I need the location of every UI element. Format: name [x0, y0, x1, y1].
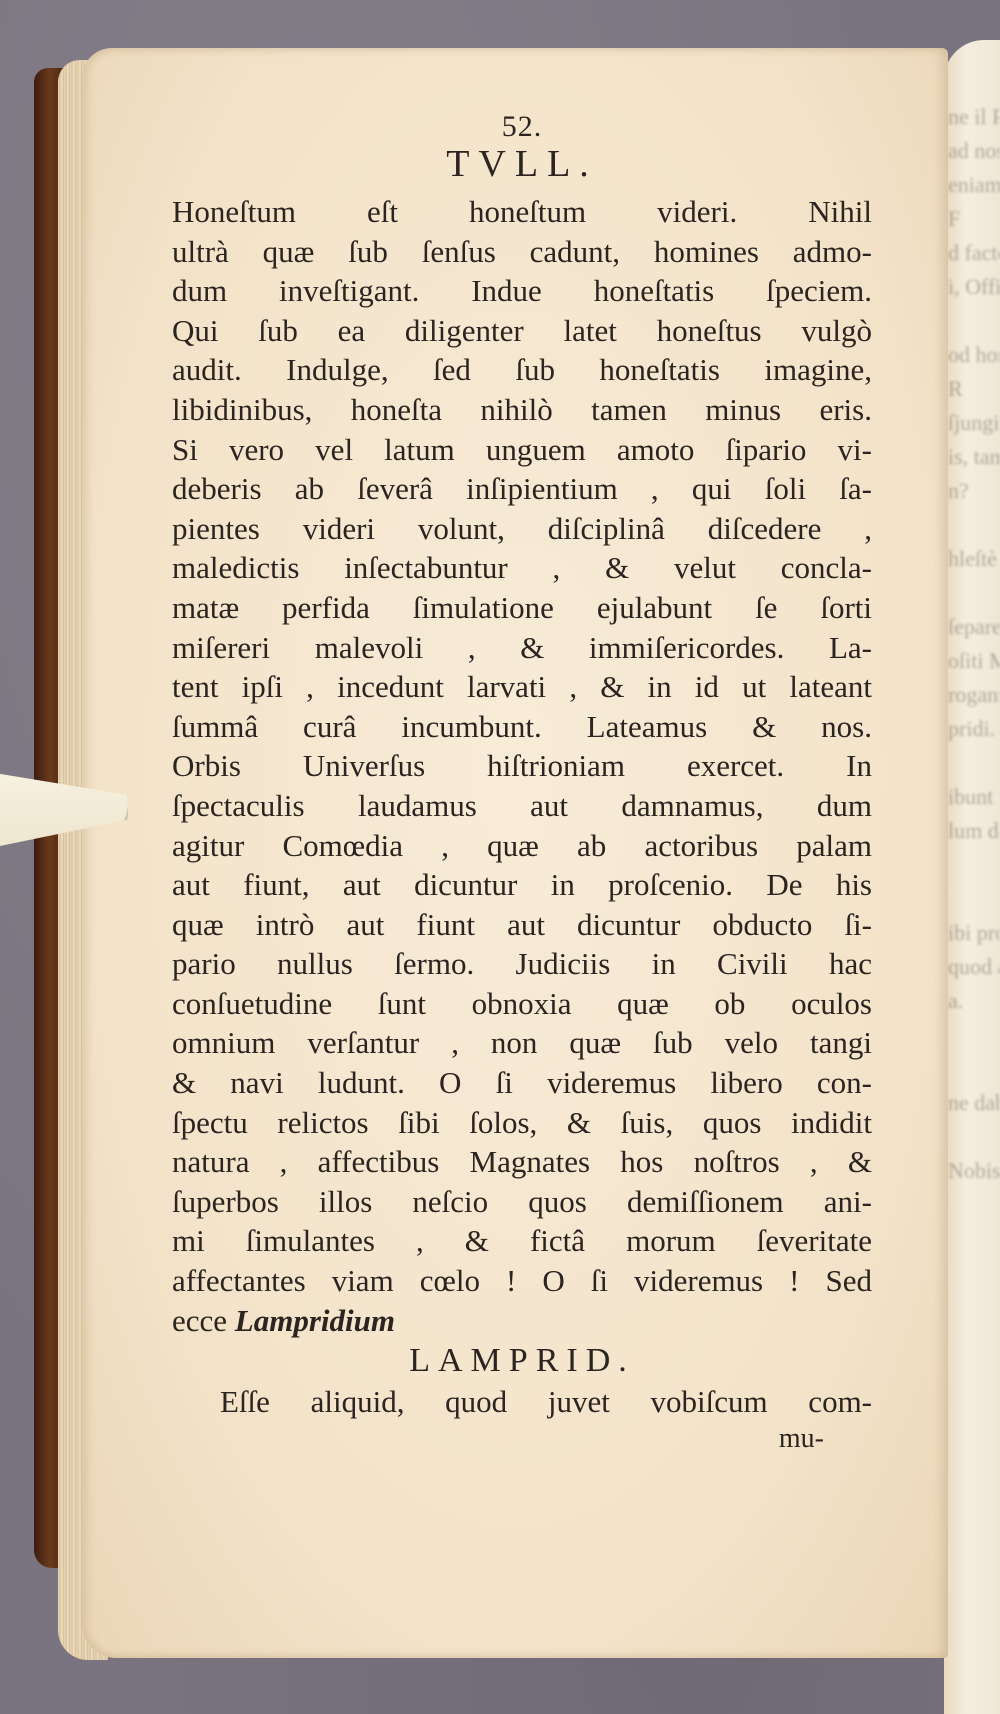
facing-text-fragment: d facto c [948, 236, 1000, 270]
facing-text-fragment: ibunt v [948, 780, 1000, 814]
italic-name-lampridium: Lampridium [235, 1303, 395, 1338]
facing-text-fragment: ne dabo, [948, 1086, 1000, 1120]
facing-text-fragment: ne il Proed [948, 100, 1000, 134]
facing-text-fragment: n? [948, 474, 1000, 508]
facing-text-fragment [948, 882, 1000, 916]
running-head: TVLL. [172, 142, 872, 186]
facing-text-fragment: hleſtè hab [948, 542, 1000, 576]
text-line: natura , affectibus Magnates hos noſtros… [172, 1142, 872, 1182]
text-line: maledictis inſectabuntur , & velut concl… [172, 548, 872, 588]
facing-text-fragment [948, 508, 1000, 542]
facing-text-fragment [948, 746, 1000, 780]
facing-text-fragment: pridi. [948, 712, 1000, 746]
text-line: deberis ab ſeverâ inſipientium , qui ſol… [172, 469, 872, 509]
text-line: Orbis Univerſus hiſtrioniam exercet. In [172, 746, 872, 786]
facing-text-fragment [948, 304, 1000, 338]
text-line: omnium verſantur , non quæ ſub velo tang… [172, 1023, 872, 1063]
text-line: & navi ludunt. O ſi videremus libero con… [172, 1063, 872, 1103]
facing-text-fragment: quod au [948, 950, 1000, 984]
text-line: audit. Indulge, ſed ſub honeſtatis imagi… [172, 350, 872, 390]
text-line: tent ipſi , incedunt larvati , & in id u… [172, 667, 872, 707]
facing-text-fragment: rogant ir [948, 678, 1000, 712]
text-line: Si vero vel latum unguem amoto ſipario v… [172, 430, 872, 470]
text-line-ecce: ecce Lampridium [172, 1301, 872, 1341]
text-ecce: ecce [172, 1303, 235, 1338]
facing-text-fragment: F [948, 202, 1000, 236]
text-line: pario nullus ſermo. Judiciis in Civili h… [172, 944, 872, 984]
text-line: dum inveſtigant. Indue honeſtatis ſpecie… [172, 271, 872, 311]
text-line: Honeſtum eſt honeſtum videri. Nihil [172, 192, 872, 232]
text-line: ſpectaculis laudamus aut damnamus, dum [172, 786, 872, 826]
catchword: mu- [172, 1422, 872, 1456]
text-line: quæ intrò aut fiunt aut dicuntur obducto… [172, 905, 872, 945]
text-line: Qui ſub ea diligenter latet honeſtus vul… [172, 311, 872, 351]
facing-text-fragment: is, tam [948, 440, 1000, 474]
section-heading: LAMPRID. [172, 1340, 872, 1382]
text-line: affectantes viam cœlo ! O ſi videremus !… [172, 1261, 872, 1301]
facing-text-fragment: oſiti Ma [948, 644, 1000, 678]
facing-text-fragment: a. [948, 984, 1000, 1018]
body-text: Honeſtum eſt honeſtum videri. Nihilultrà… [172, 192, 872, 1301]
text-line: mi ſimulantes , & fictâ morum ſeveritate [172, 1221, 872, 1261]
facing-text-fragment: od hone [948, 338, 1000, 372]
text-line: libidinibus, honeſta nihilò tamen minus … [172, 390, 872, 430]
text-line: ſuperbos illos neſcio quos demiſſionem a… [172, 1182, 872, 1222]
text-line: ultrà quæ ſub ſenſus cadunt, homines adm… [172, 232, 872, 272]
text-line: miſereri malevoli , & immiſericordes. La… [172, 628, 872, 668]
facing-text-fragment: lum da [948, 814, 1000, 848]
text-line: conſuetudine ſunt obnoxia quæ ob oculos [172, 984, 872, 1024]
facing-text-fragment: eniamu [948, 168, 1000, 202]
facing-text-fragment [948, 1120, 1000, 1154]
text-line: pientes videri volunt, diſciplinâ diſced… [172, 509, 872, 549]
text-line: matæ perfida ſimulatione ejulabunt ſe ſo… [172, 588, 872, 628]
facing-text-fragment: Nobis i [948, 1154, 1000, 1188]
page-number: 52. [172, 112, 872, 142]
text-line: ſpectu relictos ſibi ſolos, & ſuis, quos… [172, 1103, 872, 1143]
text-line: aut fiunt, aut dicuntur in proſcenio. De… [172, 865, 872, 905]
facing-text-fragment [948, 576, 1000, 610]
facing-text-fragment [948, 848, 1000, 882]
facing-text-fragment: i, Officiu [948, 270, 1000, 304]
facing-text-fragment: ſeparend [948, 610, 1000, 644]
facing-text-fragment: ad nos m [948, 134, 1000, 168]
facing-text-fragment: ibi pro [948, 916, 1000, 950]
text-line: agitur Comœdia , quæ ab actoribus palam [172, 826, 872, 866]
page-text-block: 52. TVLL. Honeſtum eſt honeſtum videri. … [172, 112, 872, 1456]
facing-text-fragment: R [948, 372, 1000, 406]
section-first-line: Eſſe aliquid, quod juvet vobiſcum com- [172, 1382, 872, 1422]
facing-text-fragment [948, 1018, 1000, 1052]
text-line: ſummâ curâ incumbunt. Lateamus & nos. [172, 707, 872, 747]
facing-text-fragment: ſjungi ab [948, 406, 1000, 440]
facing-text-fragment [948, 1052, 1000, 1086]
facing-page-text: ne il Proedad nos meniamuFd facto ci, Of… [948, 100, 1000, 1400]
